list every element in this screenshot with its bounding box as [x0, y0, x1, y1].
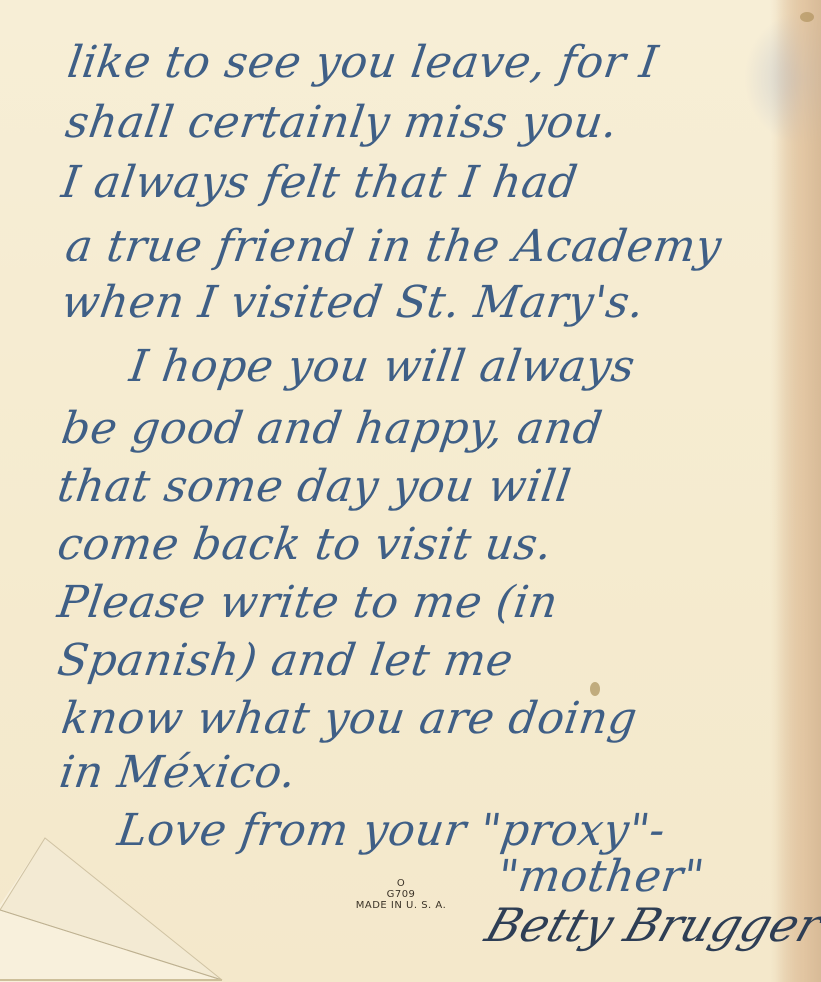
letter-line-10: Please write to me (in	[54, 578, 561, 628]
stain-spot	[800, 12, 814, 22]
letter-line-12: know what you are doing	[58, 694, 640, 744]
letter-line-6: I hope you will always	[126, 342, 638, 392]
letter-line-9: come back to visit us.	[54, 520, 555, 570]
imprint-code: G709	[346, 889, 456, 900]
letter-page: like to see you leave, for I shall certa…	[0, 0, 821, 982]
imprint-origin: MADE IN U. S. A.	[346, 900, 456, 911]
letter-line-11: Spanish) and let me	[54, 636, 516, 686]
letter-line-3: I always felt that I had	[58, 158, 580, 208]
letter-line-13: in México.	[56, 748, 299, 798]
letter-line-1: like to see you leave, for I	[64, 38, 661, 88]
printer-imprint: O G709 MADE IN U. S. A.	[346, 878, 456, 911]
letter-line-5: when I visited St. Mary's.	[58, 278, 647, 328]
letter-line-2: shall certainly miss you.	[62, 98, 620, 148]
letter-line-7: be good and happy, and	[58, 404, 605, 454]
closing-mother: "mother"	[494, 852, 707, 902]
letter-line-8: that some day you will	[54, 462, 574, 512]
letter-line-4: a true friend in the Academy	[62, 222, 724, 272]
signature: Betty Brugger	[479, 898, 821, 952]
edge-stain	[776, 0, 821, 982]
folded-corner	[0, 830, 230, 982]
imprint-mark: O	[346, 878, 456, 889]
